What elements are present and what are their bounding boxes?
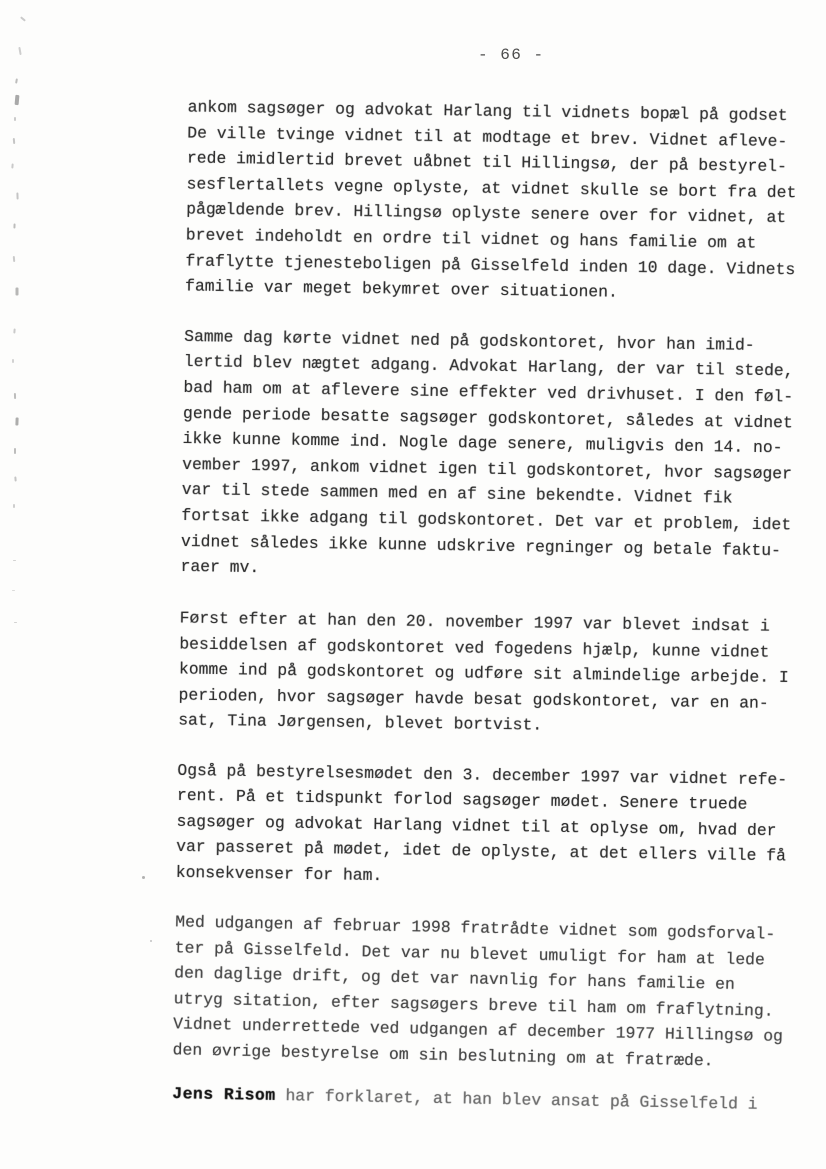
- paragraph: Med udgangen af februar 1998 fratrådte v…: [172, 909, 815, 1076]
- paragraph: Jens Risom har forklaret, at han blev an…: [172, 1081, 812, 1118]
- paragraph: Først efter at han den 20. november 1997…: [178, 605, 820, 742]
- paragraph: Også på bestyrelsesmødet den 3. december…: [176, 758, 818, 896]
- text-line: Jens Risom har forklaret, at han blev an…: [172, 1081, 812, 1118]
- scanned-document-page: - 66 - ankom sagsøger og advokat Harlang…: [0, 0, 826, 1169]
- bold-speaker-name: Jens Risom: [172, 1084, 276, 1105]
- text-body: ankom sagsøger og advokat Harlang til vi…: [172, 94, 826, 1143]
- paragraph: Samme dag kørte vidnet ned på godskontor…: [180, 324, 824, 590]
- page-number: - 66 -: [478, 46, 545, 64]
- paragraph: ankom sagsøger og advokat Harlang til vi…: [185, 94, 826, 308]
- scan-artifacts: [0, 0, 60, 1169]
